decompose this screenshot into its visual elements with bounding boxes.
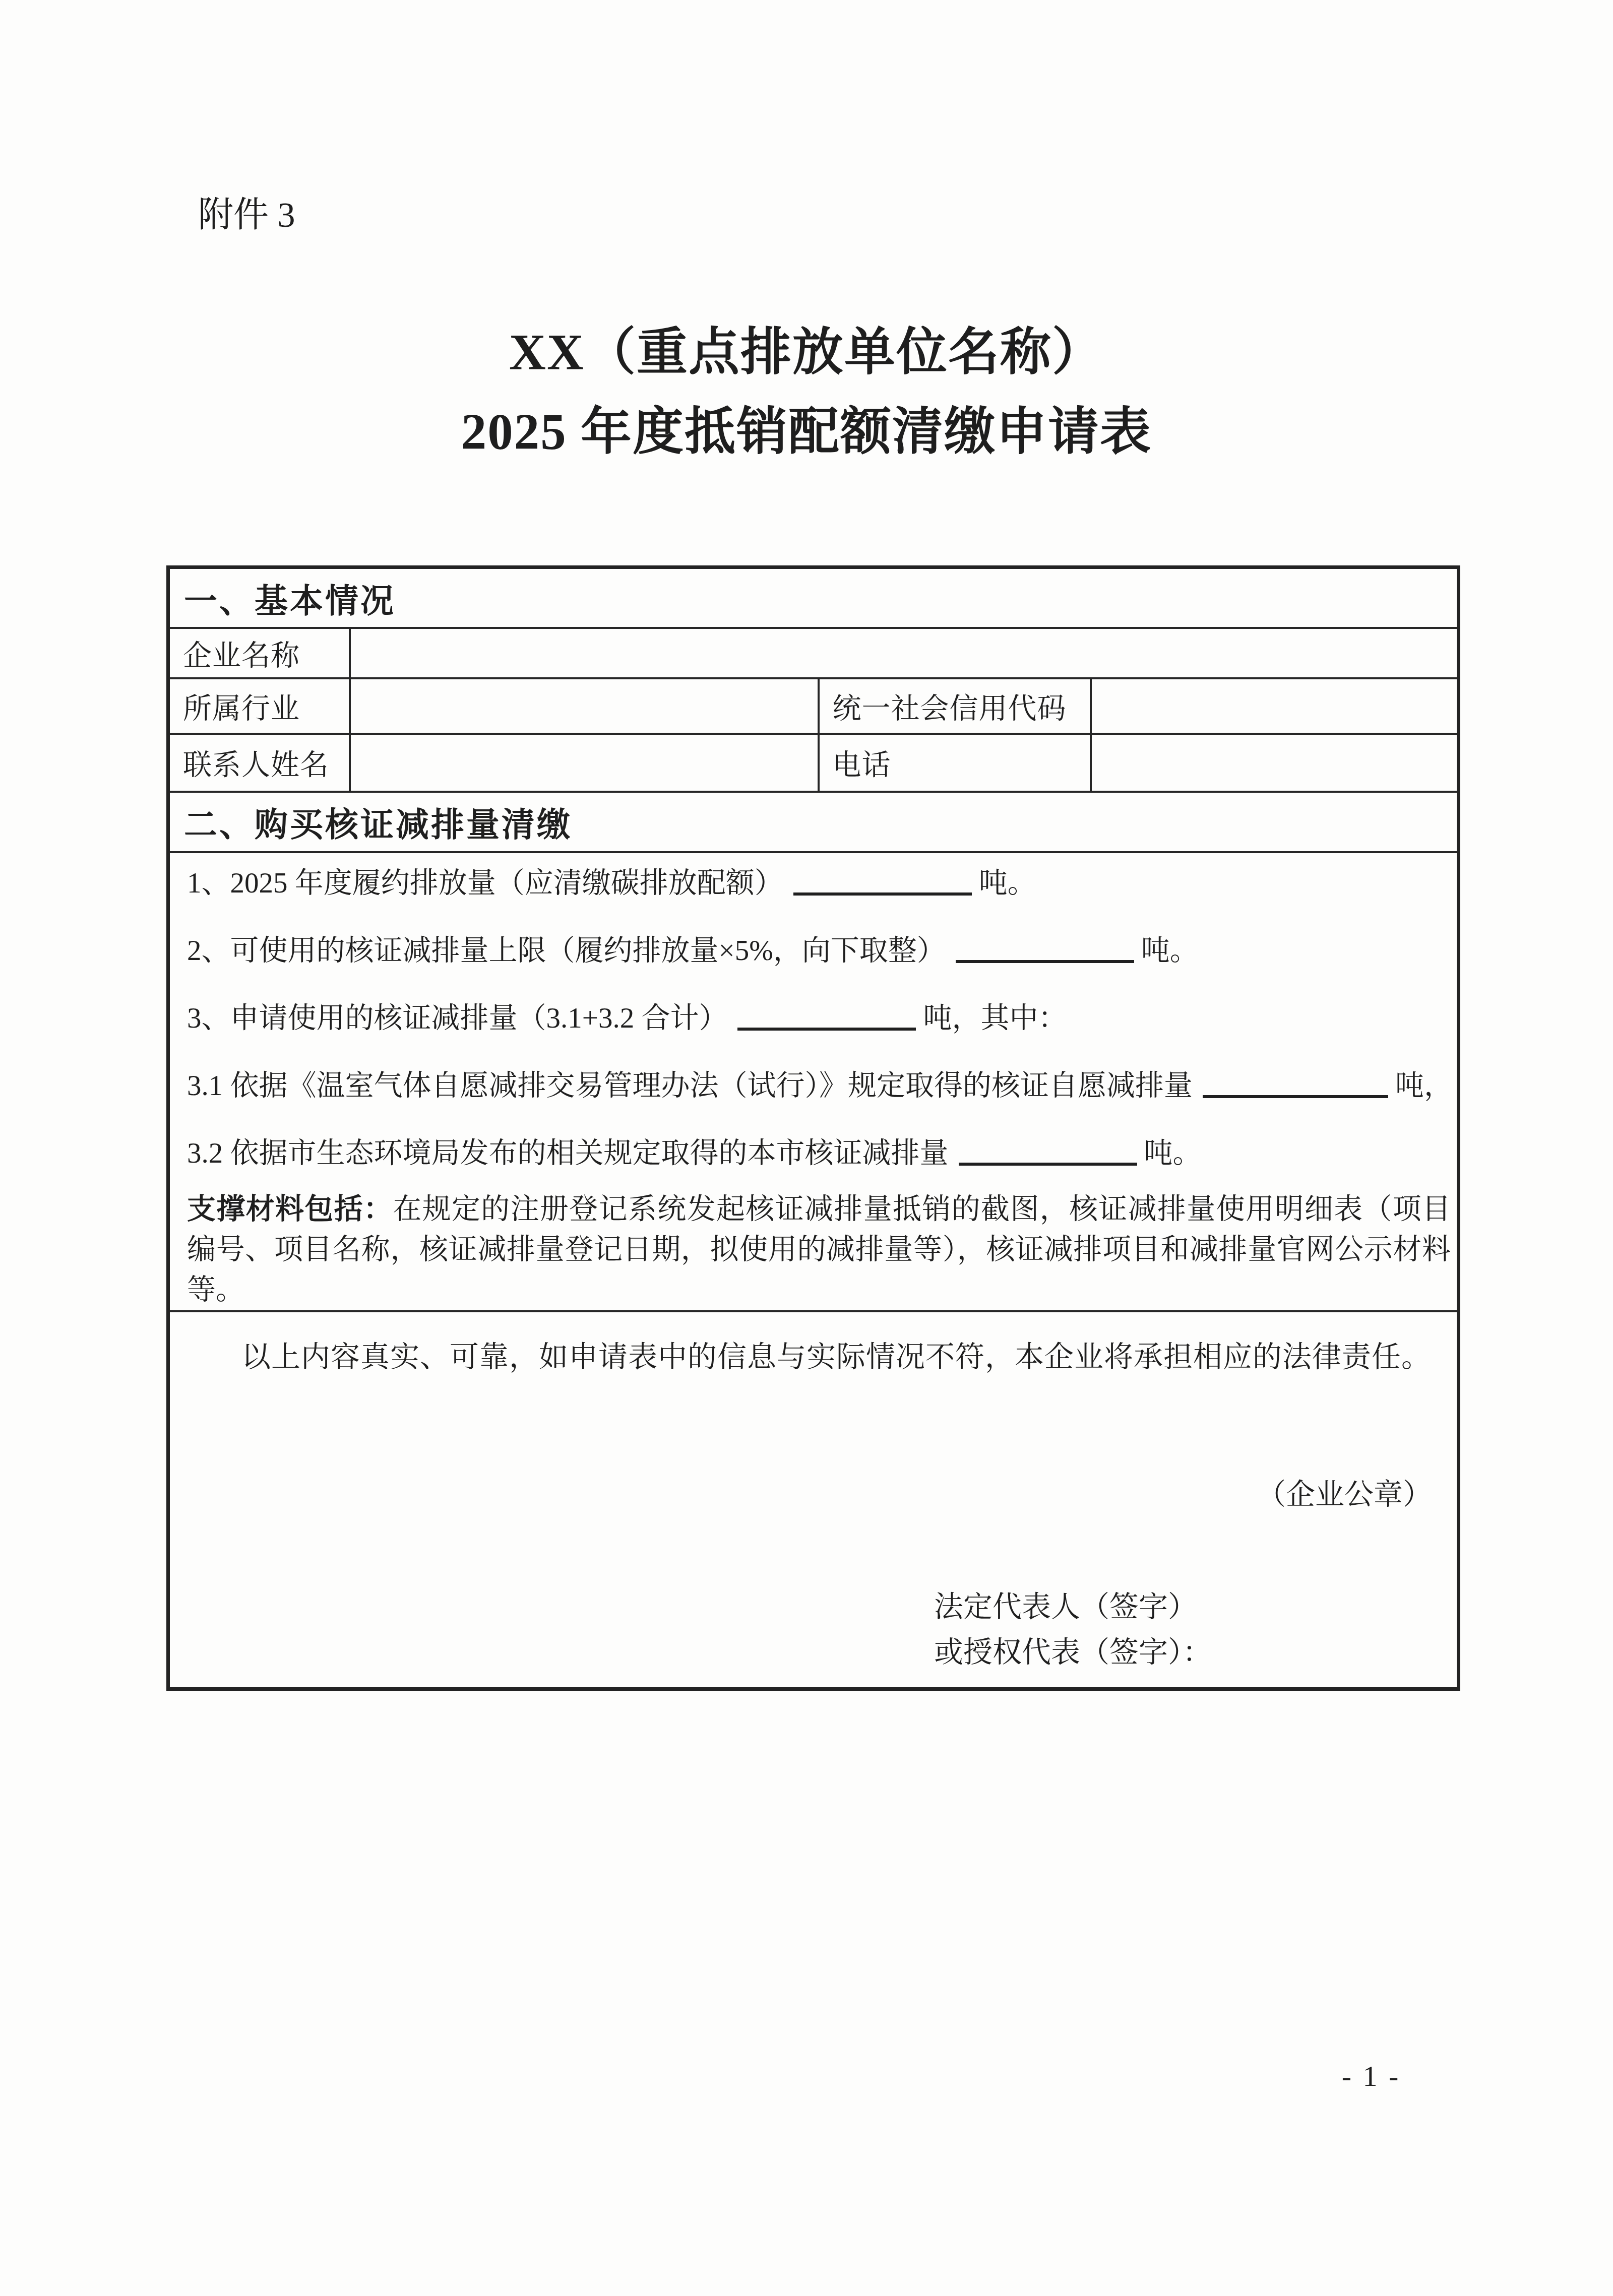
form-item-3-2: 3.2 依据市生态环境局发布的相关规定取得的本市核证减排量吨。 xyxy=(187,1138,1454,1169)
section2-header: 二、购买核证减排量清缴 xyxy=(168,792,1459,852)
contact-name-input[interactable] xyxy=(350,734,819,792)
application-form-table: 一、基本情况 企业名称 所属行业 统一社会信用代码 联系人姓名 电话 二、购买核… xyxy=(166,565,1460,1691)
declaration-row: 以上内容真实、可靠，如申请表中的信息与实际情况不符，本企业将承担相应的法律责任。… xyxy=(168,1311,1459,1689)
item-1-unit: 吨。 xyxy=(979,867,1036,899)
item-2-text: 2、可使用的核证减排量上限（履约排放量×5%，向下取整） xyxy=(187,935,946,967)
document-page: 附件 3 XX（重点排放单位名称） 2025 年度抵销配额清缴申请表 一、基本情… xyxy=(0,0,1613,2296)
items-row: 1、2025 年度履约排放量（应清缴碳排放配额）吨。 2、可使用的核证减排量上限… xyxy=(168,852,1459,1311)
item-3-1-text: 3.1 依据《温室气体自愿减排交易管理办法（试行）》规定取得的核证自愿减排量 xyxy=(187,1070,1193,1102)
table-row: 所属行业 统一社会信用代码 xyxy=(168,678,1459,734)
item-3-2-blank-line[interactable] xyxy=(959,1159,1137,1166)
section1-header-row: 一、基本情况 xyxy=(168,567,1459,628)
item-3-1-blank-line[interactable] xyxy=(1203,1091,1388,1098)
form-item-1: 1、2025 年度履约排放量（应清缴碳排放配额）吨。 xyxy=(187,868,1454,899)
company-name-input[interactable] xyxy=(350,628,1459,678)
form-item-3: 3、申请使用的核证减排量（3.1+3.2 合计）吨，其中： xyxy=(187,1003,1454,1034)
legal-representative-signature-label: 法定代表人（签字） xyxy=(934,1592,1457,1622)
item-2-unit: 吨。 xyxy=(1141,935,1199,967)
contact-name-label: 联系人姓名 xyxy=(168,734,350,792)
declaration-statement: 以上内容真实、可靠，如申请表中的信息与实际情况不符，本企业将承担相应的法律责任。 xyxy=(185,1342,1457,1373)
item-1-text: 1、2025 年度履约排放量（应清缴碳排放配额） xyxy=(187,867,783,899)
supporting-materials-note: 支撑材料包括：在规定的注册登记系统发起核证减排量抵销的截图，核证减排量使用明细表… xyxy=(187,1189,1454,1310)
credit-code-label: 统一社会信用代码 xyxy=(819,678,1091,734)
company-name-label: 企业名称 xyxy=(168,628,350,678)
industry-input[interactable] xyxy=(350,678,819,734)
phone-label: 电话 xyxy=(819,734,1091,792)
doc-title-line-1: XX（重点排放单位名称） xyxy=(0,312,1613,392)
attachment-label: 附件 3 xyxy=(198,190,295,241)
phone-input[interactable] xyxy=(1091,734,1459,792)
item-3-unit: 吨，其中： xyxy=(923,1002,1067,1034)
authorized-representative-signature-label: 或授权代表（签字）： xyxy=(934,1637,1457,1668)
doc-title: XX（重点排放单位名称） 2025 年度抵销配额清缴申请表 xyxy=(0,312,1613,472)
form-item-3-1: 3.1 依据《温室气体自愿减排交易管理办法（试行）》规定取得的核证自愿减排量吨， xyxy=(187,1071,1454,1101)
table-row: 联系人姓名 电话 xyxy=(168,734,1459,792)
credit-code-input[interactable] xyxy=(1091,678,1459,734)
items-cell: 1、2025 年度履约排放量（应清缴碳排放配额）吨。 2、可使用的核证减排量上限… xyxy=(168,852,1459,1311)
doc-title-line-2: 2025 年度抵销配额清缴申请表 xyxy=(0,392,1613,472)
section2-header-row: 二、购买核证减排量清缴 xyxy=(168,792,1459,852)
item-3-2-unit: 吨。 xyxy=(1144,1137,1202,1169)
declaration-cell: 以上内容真实、可靠，如申请表中的信息与实际情况不符，本企业将承担相应的法律责任。… xyxy=(168,1311,1459,1689)
section1-header: 一、基本情况 xyxy=(168,567,1459,628)
item-3-text: 3、申请使用的核证减排量（3.1+3.2 合计） xyxy=(187,1002,727,1034)
item-3-2-text: 3.2 依据市生态环境局发布的相关规定取得的本市核证减排量 xyxy=(187,1137,949,1169)
item-3-blank-line[interactable] xyxy=(737,1024,916,1031)
supporting-materials-label: 支撑材料包括： xyxy=(187,1193,393,1225)
item-3-1-unit: 吨， xyxy=(1395,1070,1453,1102)
table-row: 企业名称 xyxy=(168,628,1459,678)
company-seal-label: （企业公章） xyxy=(1257,1480,1457,1510)
item-2-blank-line[interactable] xyxy=(956,956,1134,963)
industry-label: 所属行业 xyxy=(168,678,350,734)
page-number: - 1 - xyxy=(1311,2059,1432,2093)
form-item-2: 2、可使用的核证减排量上限（履约排放量×5%，向下取整）吨。 xyxy=(187,936,1454,966)
item-1-blank-line[interactable] xyxy=(793,888,972,896)
